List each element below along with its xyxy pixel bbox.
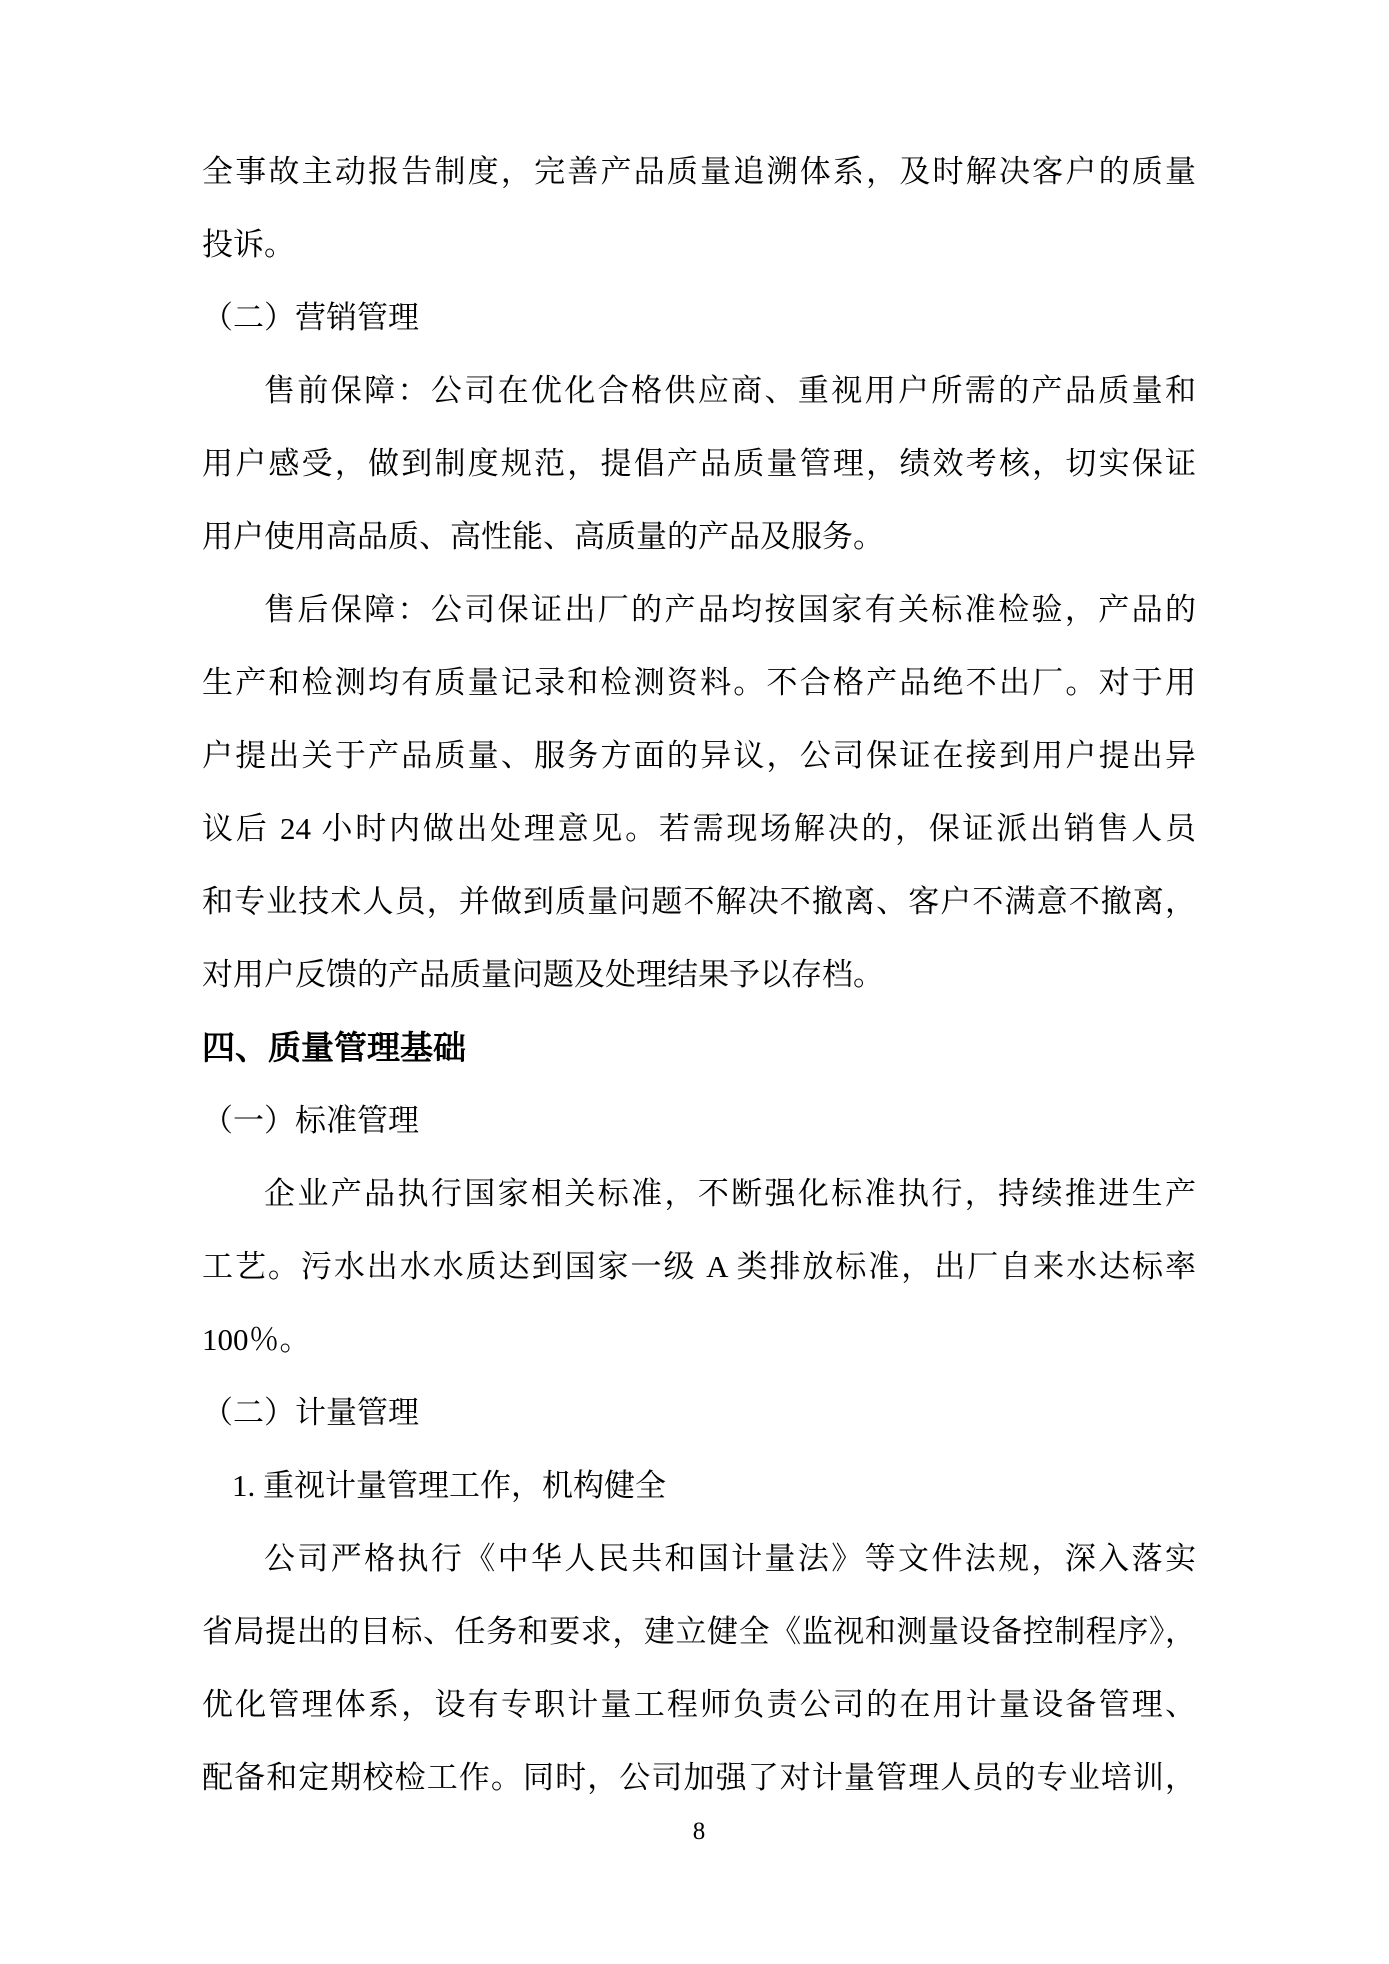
document-body: 全事故主动报告制度，完善产品质量追溯体系，及时解决客户的质量投诉。（二）营销管理… (202, 135, 1196, 1814)
text-line: 工艺。污水出水水质达到国家一级 A 类排放标准，出厂自来水达标率 (202, 1230, 1196, 1303)
text-line: 对用户反馈的产品质量问题及处理结果予以存档。 (202, 938, 1196, 1011)
text-line: 全事故主动报告制度，完善产品质量追溯体系，及时解决客户的质量 (202, 135, 1196, 208)
text-line: 售后保障：公司保证出厂的产品均按国家有关标准检验，产品的 (202, 573, 1196, 646)
text-line: 100％。 (202, 1303, 1196, 1376)
subsection-heading: （二）营销管理 (202, 281, 1196, 354)
subsection-heading: （一）标准管理 (202, 1084, 1196, 1157)
text-line: 省局提出的目标、任务和要求，建立健全《监视和测量设备控制程序》， (202, 1595, 1196, 1668)
text-line: 户提出关于产品质量、服务方面的异议，公司保证在接到用户提出异 (202, 719, 1196, 792)
text-line: 企业产品执行国家相关标准，不断强化标准执行，持续推进生产 (202, 1157, 1196, 1230)
text-line: 议后 24 小时内做出处理意见。若需现场解决的，保证派出销售人员 (202, 792, 1196, 865)
text-line: 1. 重视计量管理工作，机构健全 (202, 1449, 1196, 1522)
page-number: 8 (202, 1812, 1196, 1852)
text-line: 公司严格执行《中华人民共和国计量法》等文件法规，深入落实 (202, 1522, 1196, 1595)
text-line: 配备和定期校检工作。同时，公司加强了对计量管理人员的专业培训， (202, 1741, 1196, 1814)
document-page: 全事故主动报告制度，完善产品质量追溯体系，及时解决客户的质量投诉。（二）营销管理… (0, 0, 1389, 1964)
text-line: 售前保障：公司在优化合格供应商、重视用户所需的产品质量和 (202, 354, 1196, 427)
text-line: 和专业技术人员，并做到质量问题不解决不撤离、客户不满意不撤离， (202, 865, 1196, 938)
section-heading: 四、质量管理基础 (202, 1011, 1196, 1084)
text-line: 投诉。 (202, 208, 1196, 281)
text-line: 生产和检测均有质量记录和检测资料。不合格产品绝不出厂。对于用 (202, 646, 1196, 719)
subsection-heading: （二）计量管理 (202, 1376, 1196, 1449)
text-line: 优化管理体系，设有专职计量工程师负责公司的在用计量设备管理、 (202, 1668, 1196, 1741)
text-line: 用户感受，做到制度规范，提倡产品质量管理，绩效考核，切实保证 (202, 427, 1196, 500)
text-line: 用户使用高品质、高性能、高质量的产品及服务。 (202, 500, 1196, 573)
